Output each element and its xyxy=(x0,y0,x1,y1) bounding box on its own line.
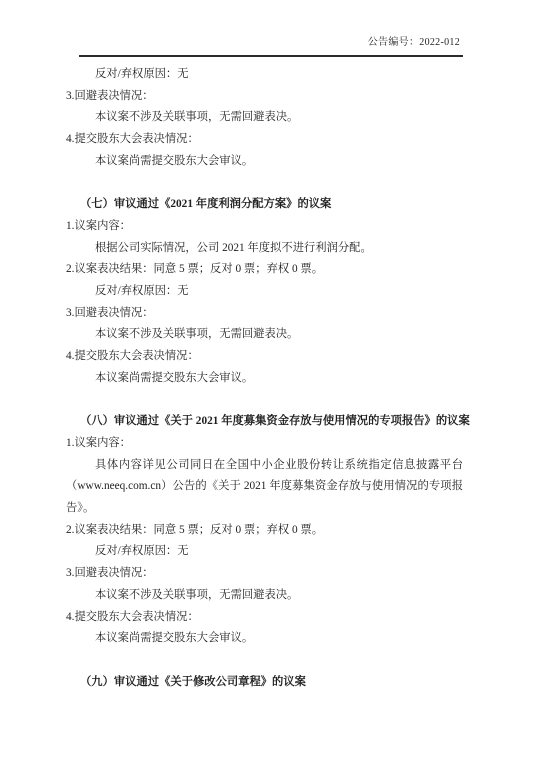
doc-line: 4.提交股东大会表决情况： xyxy=(66,129,463,151)
doc-line: 本议案不涉及关联事项，无需回避表决。 xyxy=(66,585,463,607)
doc-line: 2.议案表决结果：同意 5 票；反对 0 票；弃权 0 票。 xyxy=(66,520,463,542)
doc-line: 2.议案表决结果：同意 5 票；反对 0 票；弃权 0 票。 xyxy=(66,259,463,281)
doc-line: 根据公司实际情况，公司 2021 年度拟不进行利润分配。 xyxy=(66,238,463,260)
doc-line: 4.提交股东大会表决情况： xyxy=(66,607,463,629)
doc-paragraph: 具体内容详见公司同日在全国中小企业股份转让系统指定信息披露平台（www.neeq… xyxy=(66,455,463,520)
doc-line: 本议案不涉及关联事项，无需回避表决。 xyxy=(66,107,463,129)
doc-line: 1.议案内容： xyxy=(66,433,463,455)
doc-line: 3.回避表决情况： xyxy=(66,86,463,108)
doc-line: 4.提交股东大会表决情况： xyxy=(66,346,463,368)
doc-line: 3.回避表决情况： xyxy=(66,303,463,325)
section-heading: （九）审议通过《关于修改公司章程》的议案 xyxy=(66,672,463,694)
section-heading: （七）审议通过《2021 年度利润分配方案》的议案 xyxy=(66,194,463,216)
doc-line: 3.回避表决情况： xyxy=(66,563,463,585)
doc-line: 1.议案内容： xyxy=(66,216,463,238)
doc-line: 反对/弃权原因：无 xyxy=(66,281,463,303)
page-header: 公告编号：2022-012 xyxy=(79,0,463,57)
doc-line: 反对/弃权原因：无 xyxy=(66,64,463,86)
document-page: 公告编号：2022-012 反对/弃权原因：无 3.回避表决情况： 本议案不涉及… xyxy=(0,0,545,771)
document-body: 反对/弃权原因：无 3.回避表决情况： 本议案不涉及关联事项，无需回避表决。 4… xyxy=(66,64,463,693)
doc-line: 本议案尚需提交股东大会审议。 xyxy=(66,368,463,390)
doc-line: 本议案尚需提交股东大会审议。 xyxy=(66,151,463,173)
doc-line: 本议案不涉及关联事项，无需回避表决。 xyxy=(66,324,463,346)
notice-number: 公告编号：2022-012 xyxy=(368,37,463,48)
doc-line: 本议案尚需提交股东大会审议。 xyxy=(66,628,463,650)
section-heading: （八）审议通过《关于 2021 年度募集资金存放与使用情况的专项报告》的议案 xyxy=(66,411,463,433)
doc-line: 反对/弃权原因：无 xyxy=(66,541,463,563)
